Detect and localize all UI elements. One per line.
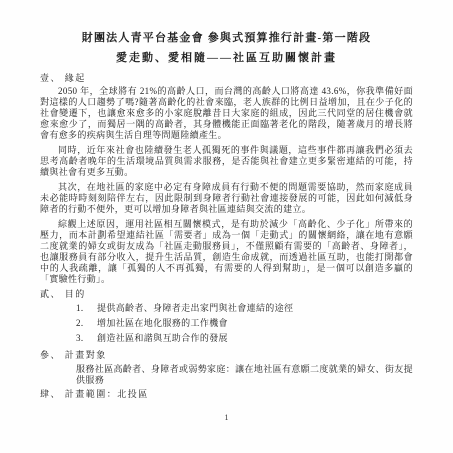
list-item-text: 增加社區在地化服務的工作機會 — [97, 318, 228, 329]
section-origin-heading: 壹、 緣起 — [40, 73, 413, 84]
page-number: 1 — [0, 413, 453, 422]
section-target: 參、 計畫對象 服務社區高齡者、身障者或弱勢家庭：讓在地社區有意願二度就業的婦女… — [40, 350, 413, 386]
section-target-heading: 參、 計畫對象 — [40, 350, 413, 361]
list-item-number: 1. — [76, 303, 97, 314]
section-origin: 壹、 緣起 2050 年，全球將有 21%的高齡人口，而台灣的高齡人口將高達 4… — [40, 73, 413, 285]
origin-paragraph-4: 綜觀上述原因，運用社區相互關懷模式，是有助於減少「高齡化、少子化」所帶來的壓力，… — [40, 219, 413, 285]
list-item: 1. 提供高齡者、身障者走出家門與社會連結的途徑 — [76, 303, 413, 314]
document-page: 財團法人青平台基金會 參與式預算推行計畫-第一階段 愛走動、愛相隨——社區互助關… — [0, 0, 453, 453]
list-item: 3. 創造社區和諧與互助合作的發展 — [76, 333, 413, 344]
origin-paragraph-2: 同時，近年來社會也陸續發生老人孤獨死的事件與議題，這些事件都再讓我們必須去思考高… — [40, 145, 413, 178]
list-item: 2. 增加社區在地化服務的工作機會 — [76, 318, 413, 329]
list-item-number: 2. — [76, 318, 97, 329]
section-purpose: 貳、 目的 1. 提供高齡者、身障者走出家門與社會連結的途徑 2. 增加社區在地… — [40, 289, 413, 344]
origin-paragraph-1: 2050 年，全球將有 21%的高齡人口，而台灣的高齡人口將高達 43.6%，你… — [40, 86, 413, 141]
section-purpose-heading: 貳、 目的 — [40, 289, 413, 300]
origin-paragraph-3: 其次，在地社區的家庭中必定有身障成員有行動不便的問題需要協助，然而家庭成員未必能… — [40, 182, 413, 215]
section-target-body: 服務社區高齡者、身障者或弱勢家庭：讓在地社區有意願二度就業的婦女、街友提供服務 — [76, 364, 413, 386]
list-item-text: 提供高齡者、身障者走出家門與社會連結的途徑 — [97, 303, 293, 314]
document-title: 財團法人青平台基金會 參與式預算推行計畫-第一階段 — [40, 32, 413, 45]
document-subtitle: 愛走動、愛相隨——社區互助關懷計畫 — [40, 52, 413, 65]
list-item-number: 3. — [76, 333, 97, 344]
section-scope-heading: 肆、 計畫範圍：北投區 — [40, 389, 413, 400]
list-item-text: 創造社區和諧與互助合作的發展 — [97, 333, 228, 344]
section-scope: 肆、 計畫範圍：北投區 — [40, 389, 413, 400]
purpose-list: 1. 提供高齡者、身障者走出家門與社會連結的途徑 2. 增加社區在地化服務的工作… — [76, 303, 413, 344]
